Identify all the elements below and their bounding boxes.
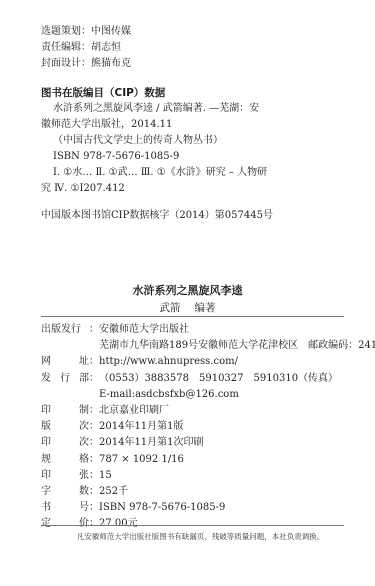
cip-line: 徽师范大学出版社，2014.11 [41, 117, 331, 133]
field-label: 规格 [41, 452, 89, 468]
cip-record-number: 中国版本图书馆CIP数据核字（2014）第057445号 [41, 206, 273, 221]
credit-editor: 责任编辑：胡志恒 [41, 40, 131, 56]
author-name: 武箭 [160, 302, 181, 314]
label-text: 制 [79, 403, 89, 419]
colon: ： [81, 42, 91, 53]
label-text: 次 [79, 435, 89, 451]
label-text: 部 [79, 371, 89, 387]
credit-label: 责任编辑 [41, 42, 81, 53]
field-value: 787 × 1092 1/16 [99, 452, 184, 468]
imprint-printer: 印制 ： 北京嘉业印刷厂 [41, 403, 375, 419]
field-value: 芜湖市九华南路189号安徽师范大学花津校区 邮政编码：241002 [99, 338, 375, 354]
imprint-word-count: 字数 ： 252千 [41, 484, 375, 500]
label-text: 数 [79, 484, 89, 500]
email-link[interactable]: E-mail:asdcbsfxb@126.com [99, 387, 239, 403]
imprint-address: 芜湖市九华南路189号安徽师范大学花津校区 邮政编码：241002 [41, 338, 375, 354]
label-text: 发 [41, 371, 51, 387]
label-text: 印 [41, 468, 51, 484]
colon: ： [89, 484, 99, 500]
cip-line: （中国古代文学史上的传奇人物丛书） [41, 133, 331, 149]
colon: ： [81, 26, 91, 37]
field-value: 北京嘉业印刷厂 [99, 403, 169, 419]
author-role: 编著 [195, 302, 216, 314]
field-value: 15 [99, 468, 112, 484]
colon: ： [89, 468, 99, 484]
imprint-website: 网址 ： http://www.ahnupress.com/ [41, 354, 375, 370]
cip-heading: 图书在版编目（CIP）数据 [41, 85, 165, 100]
label-text: 印 [41, 435, 51, 451]
credit-cover-design: 封面设计：熊猫布克 [41, 56, 131, 72]
field-label: 出版发行 [41, 322, 89, 338]
label-text: 址 [79, 354, 89, 370]
colon: ： [89, 452, 99, 468]
field-label: 发行部 [41, 371, 89, 387]
label-text: 张 [79, 468, 89, 484]
cip-line: 水浒系列之黑旋风李逵 / 武箭编著. —芜湖：安 [41, 101, 331, 117]
colon: ： [89, 322, 99, 338]
field-label: 印制 [41, 403, 89, 419]
cip-line: Ⅰ. ①水… Ⅱ. ①武… Ⅲ. ①《水浒》研究 – 人物研 [41, 165, 331, 181]
label-text: 号 [79, 500, 89, 516]
label-text: 次 [79, 419, 89, 435]
field-value: 2014年11月第1版 [99, 419, 184, 435]
imprint-isbn: 书号 ： ISBN 978-7-5676-1085-9 [41, 500, 375, 516]
field-label: 版次 [41, 419, 89, 435]
credit-planning: 选题策划：中图传媒 [41, 24, 131, 40]
imprint-publisher: 出版发行 ： 安徽师范大学出版社 [41, 322, 375, 338]
quality-notice: 凡安徽师范大学出版社版图书有缺漏页、残破等质量问题，本社负责调换。 [0, 531, 375, 542]
credit-value: 胡志恒 [91, 42, 121, 53]
divider-top [41, 316, 344, 317]
label-text: 版 [41, 419, 51, 435]
field-label: 印次 [41, 435, 89, 451]
credit-value: 熊猫布克 [91, 58, 131, 69]
credit-value: 中图传媒 [91, 26, 131, 37]
imprint-sheets: 印张 ： 15 [41, 468, 375, 484]
colon: ： [89, 419, 99, 435]
field-value: 安徽师范大学出版社 [99, 322, 189, 338]
colon: ： [89, 403, 99, 419]
colon: ： [89, 354, 99, 370]
imprint-impression: 印次 ： 2014年11月第1次印刷 [41, 435, 375, 451]
field-value: 252千 [99, 484, 128, 500]
book-author: 武箭编著 [0, 300, 375, 315]
imprint-details: 出版发行 ： 安徽师范大学出版社 芜湖市九华南路189号安徽师范大学花津校区 邮… [41, 322, 375, 532]
cip-line: ISBN 978-7-5676-1085-9 [41, 149, 331, 165]
label-text: 书 [41, 500, 51, 516]
editorial-credits: 选题策划：中图传媒 责任编辑：胡志恒 封面设计：熊猫布克 [41, 24, 131, 72]
credit-label: 封面设计 [41, 58, 81, 69]
label-text: 印 [41, 403, 51, 419]
divider-bottom [41, 525, 344, 526]
field-value: （0553）3883578 5910327 5910310（传真） [99, 371, 338, 387]
cip-line: 究 Ⅳ. ①I207.412 [41, 181, 331, 197]
label-text: 格 [79, 452, 89, 468]
field-label: 网址 [41, 354, 89, 370]
label-text: 行 [60, 371, 70, 387]
field-label: 书号 [41, 500, 89, 516]
label-text: 出版发行 [41, 322, 81, 338]
label-text: 规 [41, 452, 51, 468]
colon: ： [89, 371, 99, 387]
imprint-email: E-mail:asdcbsfxb@126.com [41, 387, 375, 403]
cip-record: 水浒系列之黑旋风李逵 / 武箭编著. —芜湖：安 徽师范大学出版社，2014.1… [41, 101, 331, 197]
field-value: 2014年11月第1次印刷 [99, 435, 204, 451]
colon: ： [89, 435, 99, 451]
book-title: 水浒系列之黑旋风李逵 [0, 282, 375, 298]
imprint-distribution: 发行部 ： （0553）3883578 5910327 5910310（传真） [41, 371, 375, 387]
field-label: 印张 [41, 468, 89, 484]
imprint-edition: 版次 ： 2014年11月第1版 [41, 419, 375, 435]
label-text: 网 [41, 354, 51, 370]
field-label: 字数 [41, 484, 89, 500]
colon: ： [89, 500, 99, 516]
colon: ： [81, 58, 91, 69]
label-text: 字 [41, 484, 51, 500]
website-link[interactable]: http://www.ahnupress.com/ [99, 354, 238, 370]
credit-label: 选题策划 [41, 26, 81, 37]
imprint-format: 规格 ： 787 × 1092 1/16 [41, 452, 375, 468]
field-value: ISBN 978-7-5676-1085-9 [99, 500, 225, 516]
